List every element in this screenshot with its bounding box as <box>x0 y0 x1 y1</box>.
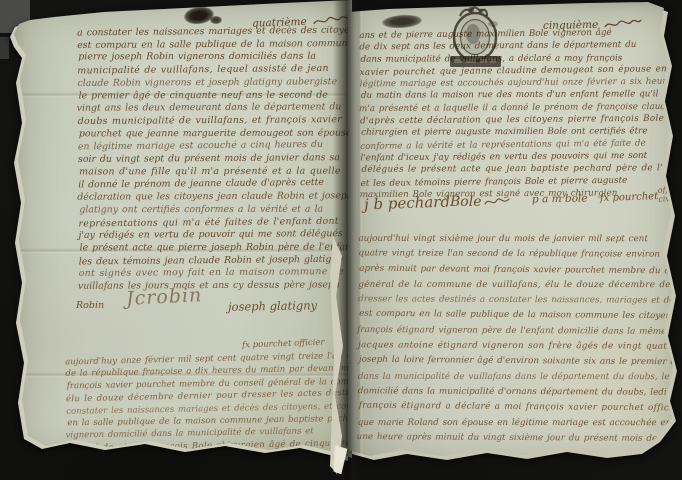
manuscript-line: déclaration que les citoyens jean claude… <box>77 190 352 204</box>
ink-blot-icon <box>210 16 222 24</box>
signature-jc-robin: Jcrobin <box>125 284 202 310</box>
manuscript-line: françois étignard vigneron père de l'enf… <box>357 323 679 340</box>
archival-document-scan: quatrième a constater les naissances mar… <box>0 0 682 480</box>
manuscript-line: doubs municipalité de vuillafans, et fra… <box>78 114 352 129</box>
right-entry-2: aujourd'hui vingt sixième jour du mois d… <box>358 231 680 447</box>
signature-officer-title: officier civil <box>657 184 680 204</box>
manuscript-line: vuillafans les jours mois et ans cy dess… <box>78 279 352 293</box>
manuscript-line: quatre vingt treize l'an second de la ré… <box>358 247 680 264</box>
manuscript-line: après minuit par devant moi françois xav… <box>359 261 680 279</box>
manuscript-line: général de la commune de vuillafans, élu… <box>358 278 680 294</box>
manuscript-line: claude Robin vignerons et joseph glatign… <box>77 76 352 91</box>
manuscript-line: aujourd'hui vingt sixième jour du mois d… <box>358 232 680 248</box>
signature-bole: Bole <box>450 194 510 210</box>
manuscript-line: joseph la loire ferronnier âgé d'environ… <box>359 353 680 371</box>
right-entry-1: ans et de pierre auguste maximilien Bole… <box>359 27 678 202</box>
ink-scribble-icon <box>382 14 423 30</box>
manuscript-line: une heure après minuit du vingt sixième … <box>357 430 679 447</box>
signature-officer: fx pourchet <box>600 191 658 204</box>
revenue-stamp-icon <box>444 4 508 74</box>
right-page-paper: cinquième ans et de pierre auguste maxim… <box>348 2 680 468</box>
manuscript-line: dans la municipalité de vuillafans dans … <box>358 370 680 386</box>
right-page: cinquième ans et de pierre auguste maxim… <box>348 2 680 468</box>
officer-title-line: civil <box>658 193 680 204</box>
signature-robin: Robin <box>76 300 104 311</box>
manuscript-line: m'a présenté et a laquelle il a donné le… <box>359 101 677 116</box>
paraph-flourish-icon <box>484 196 510 208</box>
scanner-background-strip <box>0 37 9 59</box>
manuscript-line: vingt ans les deux demeurant dans le dép… <box>77 102 352 116</box>
signature-glatigny: joseph glatigny <box>228 298 317 314</box>
signature-pam-bole: p a m bole <box>532 193 588 206</box>
signature-bole-label: Bole <box>450 194 481 210</box>
manuscript-line: que marie Roland son épouse en légitime … <box>358 415 680 431</box>
officer-title-line: officier <box>657 184 680 195</box>
manuscript-line: françois étignard a déclaré a moi franço… <box>359 399 680 417</box>
left-page-paper: quatrième a constater les naissances mar… <box>14 0 352 458</box>
left-entry-2: aujourd'huy onze février mil sept cent q… <box>65 350 352 455</box>
manuscript-line: glatigny ont certifiés conformes a la vé… <box>79 203 352 217</box>
left-page: quatrième a constater les naissances mar… <box>14 0 352 458</box>
signature-pechard: j b pechard <box>364 193 451 214</box>
ink-blot-icon <box>183 5 215 26</box>
manuscript-line: soir du vingt sept du présent mois de ja… <box>78 152 352 167</box>
left-entry-1: a constater les naissances mariages et d… <box>77 25 352 294</box>
signature-officer: fx pourchet officier <box>242 338 325 351</box>
manuscript-line: représentations qui m'a été faites de l'… <box>78 215 352 231</box>
